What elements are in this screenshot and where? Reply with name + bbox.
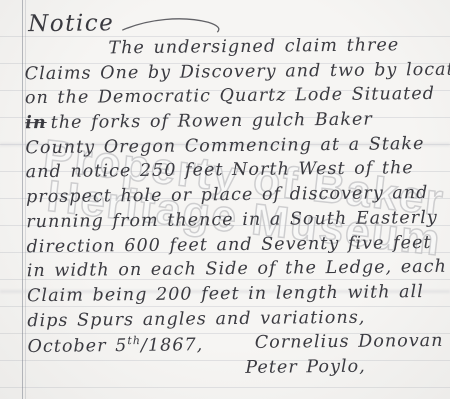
title-row: Notice xyxy=(24,4,446,39)
signature-peter-poylo: Peter Poylo, xyxy=(245,357,366,378)
strikethrough-word: in xyxy=(25,113,47,133)
signature-cornelius-donovan: Cornelius Donovan xyxy=(255,331,444,358)
line-remainder: the forks of Rowen gulch Baker xyxy=(51,110,373,133)
left-margin-rule xyxy=(22,0,23,399)
date-line: October 5th/1867, xyxy=(27,334,203,361)
scanned-document-page: Property of Baker Heritage Museum Notice… xyxy=(0,0,450,399)
date-and-signature-row: October 5th/1867, Cornelius Donovan xyxy=(27,331,449,360)
date-year: /1867, xyxy=(141,335,204,356)
signature-row-2: Peter Poylo, xyxy=(28,356,450,385)
page-title: Notice xyxy=(28,10,114,37)
date-ordinal-superscript: th xyxy=(127,334,141,347)
date-prefix: October 5 xyxy=(27,336,127,357)
pen-flourish-icon xyxy=(120,15,228,36)
handwritten-line: The undersigned claim three xyxy=(108,35,446,63)
handwritten-content: Notice The undersigned claim three Claim… xyxy=(24,4,450,385)
